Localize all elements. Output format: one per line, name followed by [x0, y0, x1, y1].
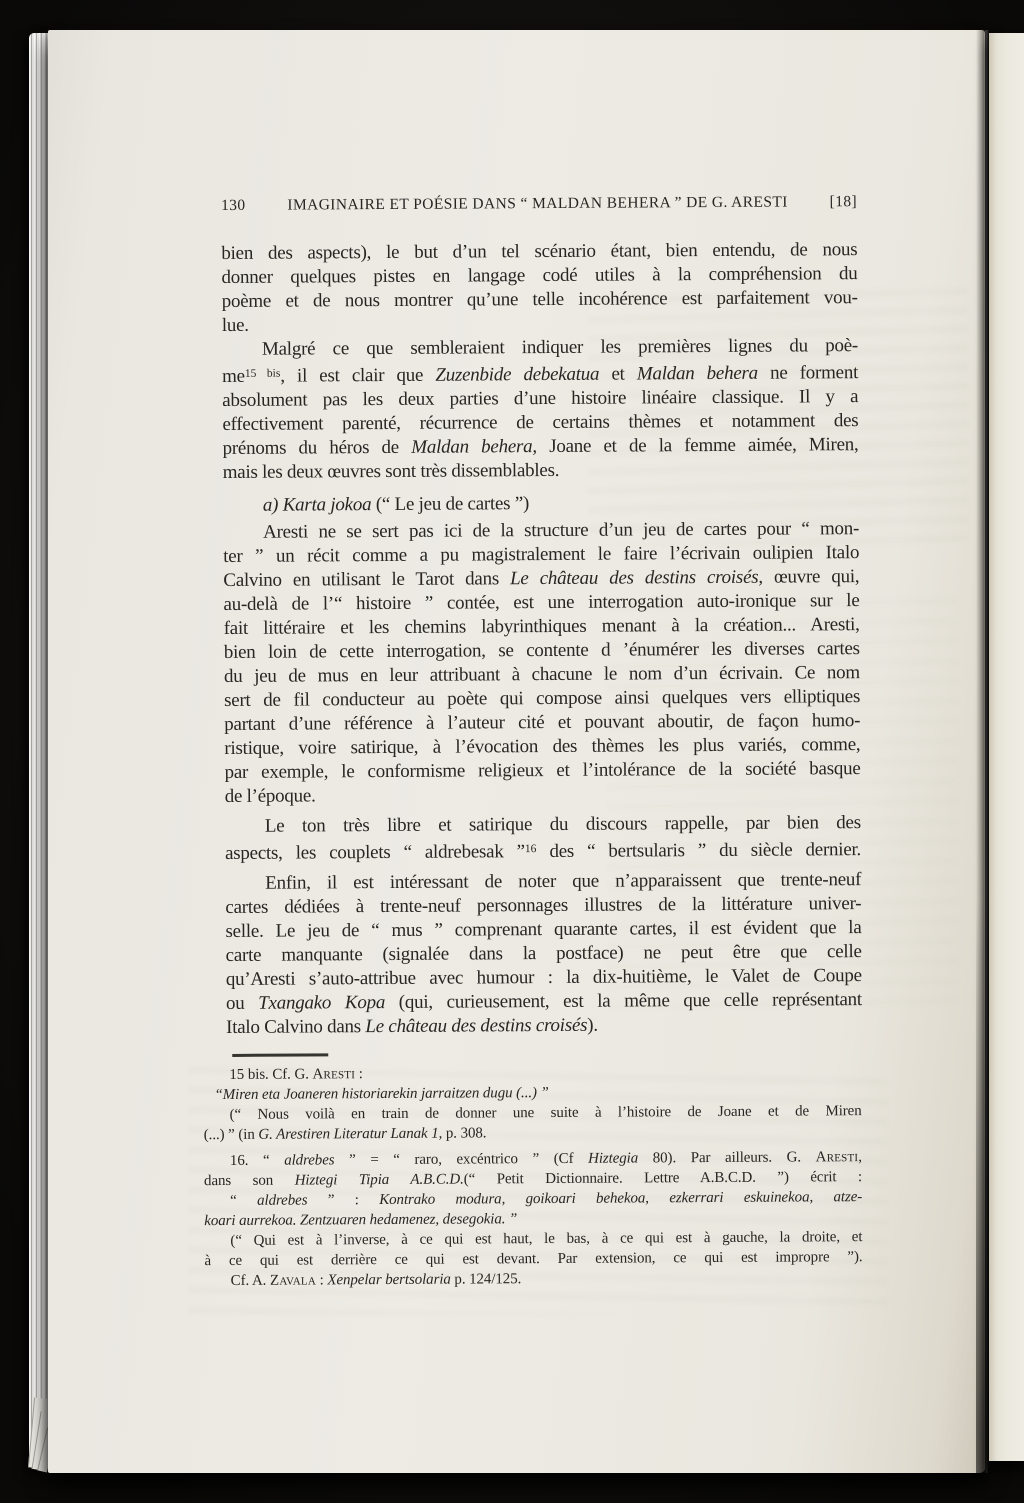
- scan-background: { "colors":{"background":"#141210","page…: [0, 0, 1024, 1503]
- text-line: (“ Nous voilà en train de donner une sui…: [204, 1101, 862, 1125]
- text-run: fait littéraire et les chemins labyrinth…: [224, 614, 860, 639]
- text-run: (“ Le jeu de cartes ”): [371, 493, 529, 515]
- gutter-shadow: [976, 30, 989, 1473]
- text-run: lue.: [222, 315, 249, 336]
- book-scan: 130 IMAGINAIRE ET POÉSIE DANS “ MALDAN B…: [0, 0, 1024, 1503]
- text-run: Aresti ne se sert pas ici de la structur…: [263, 518, 859, 543]
- section-heading: a) Karta jokoa (“ Le jeu de cartes ”): [223, 490, 859, 518]
- article-page-ref: [18]: [830, 193, 858, 211]
- text-run: donner quelques pistes en langage codé u…: [221, 263, 857, 288]
- text-run: ristique, voire satirique, à l’évocation…: [224, 734, 860, 759]
- italic-text: a) Karta jokoa: [263, 494, 372, 516]
- italic-text: G. Arestiren Literatur Lanak 1,: [258, 1125, 442, 1142]
- text-line: “ aldrebes ” : Kontrako modura, goikoari…: [204, 1187, 862, 1211]
- text-line: par exemple, le conformisme religieux et…: [224, 757, 860, 785]
- text-run: “: [230, 1192, 257, 1208]
- text-run: partant d’une référence à l’auteur cité …: [224, 710, 860, 735]
- paragraph: Aresti ne se sert pas ici de la structur…: [223, 517, 861, 809]
- italic-text: koari aurrekoa. Zentzuaren hedamenez, de…: [204, 1211, 517, 1229]
- text-run: et: [599, 363, 637, 384]
- text-line: Cf. A. Zavala : Xenpelar bertsolaria p. …: [205, 1267, 863, 1291]
- running-header: 130 IMAGINAIRE ET POÉSIE DANS “ MALDAN B…: [221, 193, 857, 215]
- text-run: Cf. A.: [231, 1272, 270, 1288]
- italic-text: Kontrako modura, goikoari behekoa, ezker…: [379, 1189, 862, 1208]
- text-run: sert de fil conducteur au poète qui comp…: [224, 686, 860, 711]
- continuation-paragraph: bien des aspects), le but d’un tel scéna…: [221, 238, 858, 338]
- text-run: prénoms du héros de: [222, 437, 411, 459]
- text-run: au-delà de l’“ histoire ” contée, est un…: [223, 590, 859, 615]
- text-run: œuvre qui,: [763, 566, 860, 588]
- footnote-marker: 16: [525, 843, 537, 855]
- body-text: bien des aspects), le but d’un tel scéna…: [221, 238, 862, 1040]
- text-run: aspects, les couplets “ aldrebesak ”: [225, 841, 525, 864]
- text-run: ter ” un récit comme a pu magistralement…: [223, 542, 859, 567]
- smallcaps-name: Zavala: [270, 1272, 316, 1288]
- italic-text: aldrebes: [257, 1192, 307, 1208]
- text-run: mais les deux œuvres sont très dissembla…: [223, 460, 560, 483]
- text-line: poème et de nous montrer qu’une telle in…: [222, 286, 858, 314]
- text-run: dans son: [204, 1172, 295, 1189]
- text-run: à ce qui est derrière ce qui est devant.…: [204, 1249, 862, 1269]
- text-run: (...) ” (in: [204, 1126, 259, 1142]
- text-line: mais les deux œuvres sont très dissembla…: [223, 457, 859, 485]
- text-run: ” = “ raro, excéntrico ” (Cf: [334, 1150, 588, 1168]
- text-run: ).: [587, 1015, 598, 1036]
- text-run: de l’époque.: [225, 785, 316, 807]
- footnotes: 15 bis. Cf. G. Aresti :“Miren eta Joaner…: [203, 1061, 862, 1291]
- text-run: me: [222, 366, 245, 387]
- text-run: Enfin, il est intéressant de noter que n…: [265, 869, 861, 894]
- italic-text: Hiztegia: [588, 1150, 638, 1166]
- text-run: Malgré ce que sembleraient indiquer les …: [262, 335, 858, 360]
- text-run: 15 bis. Cf. G.: [229, 1066, 312, 1083]
- footnote-15bis: 15 bis. Cf. G. Aresti :“Miren eta Joaner…: [203, 1061, 861, 1145]
- text-run: bien des aspects), le but d’un tel scéna…: [221, 239, 857, 264]
- page-edge-stack: [29, 33, 49, 1467]
- text-run: selle. Le jeu de “ mus ” comprenant quar…: [225, 917, 861, 942]
- text-run: :: [316, 1272, 327, 1288]
- text-run: Le ton très libre et satirique du discou…: [265, 812, 861, 837]
- italic-text: Maldan behera: [637, 363, 758, 385]
- running-title: IMAGINAIRE ET POÉSIE DANS “ MALDAN BEHER…: [245, 193, 829, 215]
- text-run: ” :: [307, 1192, 379, 1208]
- text-run: Italo Calvino dans: [226, 1016, 365, 1038]
- text-run: carte manquante (signalée dans la postfa…: [226, 941, 862, 966]
- text-line: ou Txangako Kopa (qui, curieusement, est…: [226, 988, 862, 1016]
- smallcaps-name: Aresti: [312, 1066, 355, 1082]
- text-run: absolument pas les deux parties d’une hi…: [222, 386, 858, 411]
- italic-text: Xenpelar bertsolaria: [327, 1271, 451, 1288]
- text-run: (“ Qui est à l’inverse, à ce qui est hau…: [230, 1229, 862, 1249]
- text-run: cartes dédiées à trente-neuf personnages…: [225, 893, 861, 918]
- italic-text: Hiztegi Tipia A.B.C.D.: [295, 1171, 464, 1188]
- italic-text: aldrebes: [284, 1152, 334, 1168]
- footnote-rule: [232, 1053, 328, 1056]
- text-run: 16. “: [230, 1152, 284, 1168]
- page-content: 130 IMAGINAIRE ET POÉSIE DANS “ MALDAN B…: [220, 26, 864, 1290]
- italic-text: Zuzenbide debekatua: [435, 364, 599, 386]
- page-number: 130: [221, 197, 246, 215]
- text-line: prénoms du héros de Maldan behera, Joane…: [222, 433, 858, 461]
- italic-text: Le château des destins croisés,: [510, 567, 763, 590]
- text-run: ne forment: [758, 362, 858, 384]
- paragraph: Malgré ce que sembleraient indiquer les …: [222, 334, 859, 485]
- text-run: (qui, curieusement, est la même que cell…: [385, 989, 862, 1013]
- text-run: du jeu de mus en leur attribuant à chacu…: [224, 662, 860, 687]
- text-run: par exemple, le conformisme religieux et…: [224, 758, 860, 783]
- text-run: qu’Aresti s’auto-attribue avec humour : …: [226, 965, 862, 990]
- text-run: 80). Par ailleurs. G.: [638, 1149, 816, 1166]
- footnote-marker: 15 bis: [245, 368, 281, 380]
- italic-text: Txangako Kopa: [258, 992, 385, 1014]
- text-run: , il est clair que: [280, 365, 435, 387]
- paragraph: Enfin, il est intéressant de noter que n…: [225, 868, 862, 1040]
- text-line: a) Karta jokoa (“ Le jeu de cartes ”): [223, 490, 859, 518]
- text-line: à ce qui est derrière ce qui est devant.…: [204, 1247, 862, 1271]
- text-run: (“ Nous voilà en train de donner une sui…: [230, 1103, 862, 1123]
- text-run: des “ bertsularis ” du siècle dernier.: [536, 839, 861, 862]
- text-run: :: [355, 1066, 363, 1082]
- text-run: p. 124/125.: [451, 1271, 522, 1287]
- text-run: poème et de nous montrer qu’une telle in…: [222, 287, 858, 312]
- text-run: ou: [226, 993, 258, 1014]
- text-run: ,: [858, 1149, 862, 1165]
- italic-text: Le château des destins croisés: [365, 1015, 587, 1037]
- footnote-16: 16. “ aldrebes ” = “ raro, excéntrico ” …: [204, 1147, 863, 1291]
- text-line: aspects, les couplets “ aldrebesak ”16 d…: [225, 835, 861, 866]
- text-line: Italo Calvino dans Le château des destin…: [226, 1012, 862, 1040]
- text-line: me15 bis, il est clair que Zuzenbide deb…: [222, 358, 858, 389]
- text-run: Joane et de la femme aimée, Miren,: [537, 434, 859, 457]
- text-run: Calvino en utilisant le Tarot dans: [223, 568, 510, 591]
- text-run: effectivement parenté, récurrence de cer…: [222, 410, 858, 435]
- smallcaps-name: Aresti: [816, 1149, 859, 1165]
- book-page: 130 IMAGINAIRE ET POÉSIE DANS “ MALDAN B…: [48, 30, 985, 1473]
- text-run: p. 308.: [442, 1125, 486, 1141]
- italic-text: Maldan behera,: [411, 436, 537, 458]
- text-run: (“ Petit Dictionnaire. Lettre A.B.C.D. ”…: [464, 1169, 862, 1187]
- facing-page-edge: [989, 33, 1024, 1461]
- italic-text: “Miren eta Joaneren historiarekin jarrai…: [214, 1085, 548, 1103]
- text-line: (...) ” (in G. Arestiren Literatur Lanak…: [204, 1121, 862, 1145]
- paragraph: Le ton très libre et satirique du discou…: [225, 811, 861, 866]
- text-line: de l’époque.: [225, 781, 861, 809]
- text-run: bien loin de cette interrogation, se con…: [224, 638, 860, 663]
